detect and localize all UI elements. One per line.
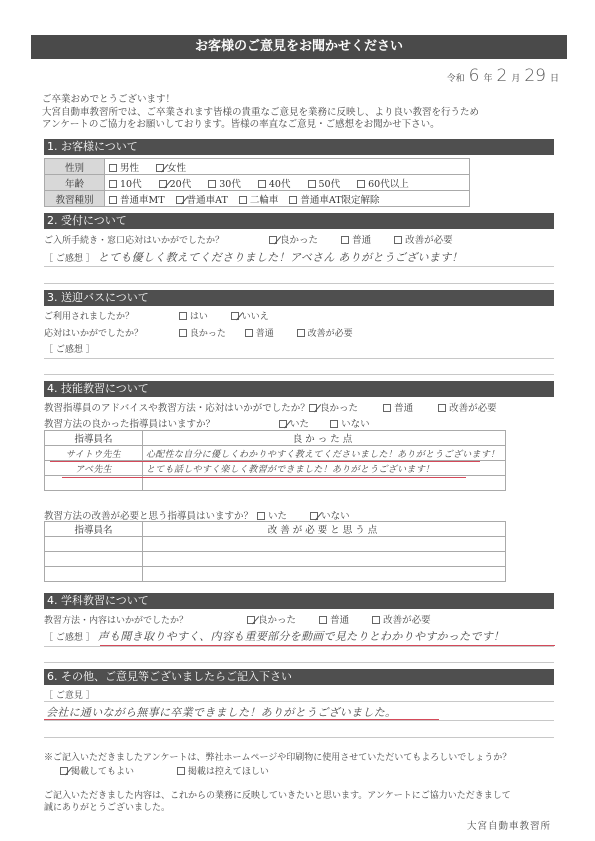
improve-points-cell[interactable] bbox=[143, 537, 506, 552]
red-underline bbox=[62, 477, 466, 478]
gender-female-option[interactable]: 女性 bbox=[156, 163, 186, 174]
option-label: 掲載してもよい bbox=[71, 767, 134, 777]
checkbox-icon[interactable] bbox=[109, 164, 117, 172]
lecture-comment-label: ［ ご感想 ］ bbox=[44, 633, 95, 643]
checkbox-icon[interactable] bbox=[372, 616, 380, 624]
intro-text: ご卒業おめでとうございます！ 大宮自動車教習所では、ご卒業されます皆様の貴重なご… bbox=[42, 94, 479, 132]
option-label: 良かった bbox=[190, 329, 226, 339]
checkbox-icon[interactable] bbox=[394, 236, 402, 244]
survey-date: 令和 6 年 2 月 29 日 bbox=[447, 66, 559, 86]
checkbox-checked-icon[interactable] bbox=[269, 236, 277, 244]
reception-average-option[interactable]: 普通 bbox=[341, 235, 371, 246]
age-40s-option[interactable]: 40代 bbox=[258, 179, 291, 190]
checkbox-icon[interactable] bbox=[438, 404, 446, 412]
option-label: 良かった bbox=[280, 235, 318, 246]
intro-line: アンケートのご協力をお願いしております。皆様の率直なご意見・ご感想をお聞かせ下さ… bbox=[42, 119, 479, 132]
course-mt-option[interactable]: 普通車MT bbox=[109, 195, 165, 206]
date-day[interactable]: 29 bbox=[524, 66, 546, 86]
gender-label: 性別 bbox=[45, 159, 105, 175]
checkbox-icon[interactable] bbox=[245, 329, 253, 337]
checkbox-icon[interactable] bbox=[383, 404, 391, 412]
lecture-average-option[interactable]: 普通 bbox=[319, 615, 349, 626]
bus-service-good-option[interactable]: 良かった bbox=[179, 329, 226, 339]
comment-line bbox=[44, 283, 554, 284]
publish-decline-option[interactable]: 掲載は控えてほしい bbox=[177, 767, 269, 777]
reception-comment-area[interactable]: ［ ご感想 ］ とても優しく教えてくださりました！アベさん ありがとうございます… bbox=[44, 249, 463, 265]
school-signature: 大宮自動車教習所 bbox=[467, 818, 551, 832]
course-type-row: 教習種別 普通車MT 普通車AT 二輪車 普通車AT限定解除 bbox=[45, 191, 470, 207]
age-label: 年齢 bbox=[45, 175, 105, 191]
good-points-cell[interactable]: 心配性な自分に優しくわかりやすく教えてくださいました！ありがとうございます！ bbox=[143, 446, 506, 461]
checkbox-icon[interactable] bbox=[319, 616, 327, 624]
advice-good-option[interactable]: 良かった bbox=[309, 403, 358, 414]
checkbox-checked-icon[interactable] bbox=[231, 312, 239, 320]
intro-line: ご卒業おめでとうございます！ bbox=[42, 94, 479, 107]
checkbox-icon[interactable] bbox=[109, 180, 117, 188]
option-label: 40代 bbox=[269, 179, 291, 190]
bus-use-question: ご利用されましたか？ bbox=[44, 309, 176, 322]
checkbox-icon[interactable] bbox=[258, 180, 266, 188]
option-label: いた bbox=[290, 419, 309, 430]
survey-title: お客様のご意見をお聞かせください bbox=[31, 35, 567, 59]
checkbox-icon[interactable] bbox=[297, 329, 305, 337]
improve-instructor-question: 教習方法の改善が必要と思う指導員はいますか？ bbox=[44, 508, 254, 522]
comment-line bbox=[44, 701, 554, 702]
option-label: 60代以上 bbox=[368, 179, 409, 190]
option-label: 普通 bbox=[256, 329, 274, 339]
reception-needs-improvement-option[interactable]: 改善が必要 bbox=[394, 235, 453, 246]
customer-info-table: 性別 男性 女性 年齢 10代 20代 30代 40代 50代 60代以上 教習… bbox=[44, 158, 470, 207]
bus-service-needs-improvement-option[interactable]: 改善が必要 bbox=[297, 329, 353, 339]
option-label: 改善が必要 bbox=[383, 615, 431, 626]
age-50s-option[interactable]: 50代 bbox=[308, 179, 341, 190]
checkbox-checked-icon[interactable] bbox=[309, 404, 317, 412]
bus-comment-label: ［ ご感想 ］ bbox=[44, 345, 95, 355]
checkbox-icon[interactable] bbox=[239, 196, 247, 204]
other-comment-label: ［ ご意見 ］ bbox=[44, 691, 95, 701]
age-30s-option[interactable]: 30代 bbox=[208, 179, 241, 190]
table-row: サイトウ先生 心配性な自分に優しくわかりやすく教えてくださいました！ありがとうご… bbox=[45, 446, 506, 461]
option-label: 10代 bbox=[120, 179, 142, 190]
improve-points-cell[interactable] bbox=[143, 567, 506, 582]
course-at-option[interactable]: 普通車AT bbox=[176, 195, 228, 206]
option-label: 二輪車 bbox=[250, 195, 279, 206]
instructor-name-header: 指導員名 bbox=[45, 522, 143, 537]
bus-service-row: 応対はいかがでしたか？ 良かった 普通 改善が必要 bbox=[44, 326, 367, 339]
comment-line bbox=[44, 662, 554, 663]
improve-points-header: 改善が必要と思う点 bbox=[143, 522, 506, 537]
course-motorcycle-option[interactable]: 二輪車 bbox=[239, 195, 279, 206]
checkbox-checked-icon[interactable] bbox=[156, 164, 164, 172]
option-label: 普通車MT bbox=[120, 195, 165, 206]
publish-ok-option[interactable]: 掲載してもよい bbox=[60, 767, 134, 777]
checkbox-icon[interactable] bbox=[289, 196, 297, 204]
checkbox-checked-icon[interactable] bbox=[176, 196, 184, 204]
message-line: ご記入いただきました内容は、これからの業務に反映していきたいと思います。アンケー… bbox=[44, 790, 511, 802]
lecture-question: 教習方法・内容はいかがでしたか？ bbox=[44, 613, 244, 626]
bus-use-yes-option[interactable]: はい bbox=[179, 312, 208, 322]
option-label: 50代 bbox=[319, 179, 341, 190]
option-label: はい bbox=[190, 312, 208, 322]
lecture-comment-area[interactable]: ［ ご感想 ］ 声も聞き取りやすく、内容も重要部分を動画で見たりとわかりやすかっ… bbox=[44, 628, 504, 644]
comment-line bbox=[44, 737, 554, 738]
checkbox-icon[interactable] bbox=[341, 236, 349, 244]
option-label: いいえ bbox=[242, 312, 269, 322]
table-row bbox=[45, 537, 506, 552]
instructor-name-cell[interactable] bbox=[45, 567, 143, 582]
other-comment-label-area: ［ ご意見 ］ bbox=[44, 688, 95, 701]
good-points-cell[interactable]: とても話しやすく楽しく教習ができました！ありがとうございます！ bbox=[143, 461, 506, 476]
option-label: 掲載は控えてほしい bbox=[188, 767, 269, 777]
comment-line bbox=[44, 646, 554, 647]
checkbox-icon[interactable] bbox=[257, 512, 265, 520]
option-label: 普通 bbox=[394, 403, 413, 414]
option-label: 改善が必要 bbox=[308, 329, 353, 339]
option-label: 改善が必要 bbox=[405, 235, 453, 246]
comment-line bbox=[44, 266, 554, 267]
instructor-name-cell[interactable] bbox=[45, 537, 143, 552]
option-label: いない bbox=[341, 419, 370, 430]
checkbox-icon[interactable] bbox=[179, 312, 187, 320]
lecture-good-option[interactable]: 良かった bbox=[247, 615, 296, 626]
thank-you-message: ご記入いただきました内容は、これからの業務に反映していきたいと思います。アンケー… bbox=[44, 790, 511, 814]
comment-line bbox=[44, 720, 554, 721]
good-instructor-row: 教習方法の良かった指導員はいますか？ いた いない bbox=[44, 416, 384, 430]
message-line: 誠にありがとうございました。 bbox=[44, 802, 511, 814]
date-month-unit: 月 bbox=[511, 71, 520, 84]
table-row bbox=[45, 567, 506, 582]
advice-needs-improvement-option[interactable]: 改善が必要 bbox=[438, 403, 497, 414]
checkbox-icon[interactable] bbox=[179, 329, 187, 337]
red-underline bbox=[50, 461, 480, 462]
lecture-comment[interactable]: 声も聞き取りやすく、内容も重要部分を動画で見たりとわかりやすかったです！ bbox=[98, 630, 505, 643]
option-label: 女性 bbox=[167, 163, 186, 174]
instructor-name-cell[interactable]: アベ先生 bbox=[45, 461, 143, 476]
instructor-advice-question: 教習指導員のアドバイスや教習方法・応対はいかがでしたか？ bbox=[44, 400, 306, 414]
publish-consent-options: 掲載してもよい 掲載は控えてほしい bbox=[60, 764, 283, 777]
improve-instructor-row: 教習方法の改善が必要と思う指導員はいますか？ いた いない bbox=[44, 508, 364, 522]
age-60s-plus-option[interactable]: 60代以上 bbox=[357, 179, 409, 190]
date-day-unit: 日 bbox=[550, 71, 559, 84]
age-20s-option[interactable]: 20代 bbox=[159, 179, 192, 190]
course-at-limit-removal-option[interactable]: 普通車AT限定解除 bbox=[289, 195, 379, 206]
checkbox-icon[interactable] bbox=[177, 767, 185, 775]
bus-use-no-option[interactable]: いいえ bbox=[231, 312, 269, 322]
age-10s-option[interactable]: 10代 bbox=[109, 179, 142, 190]
instructor-name-cell[interactable] bbox=[45, 552, 143, 567]
reception-question: ご入所手続き・窓口応対はいかがでしたか？ bbox=[44, 233, 266, 246]
other-comment-area[interactable]: 会社に通いながら無事に卒業できました！ありがとうございました。 bbox=[46, 704, 396, 720]
checkbox-checked-icon[interactable] bbox=[279, 420, 287, 428]
bus-comment-area[interactable]: ［ ご感想 ］ bbox=[44, 342, 95, 355]
course-type-label: 教習種別 bbox=[45, 191, 105, 207]
advice-average-option[interactable]: 普通 bbox=[383, 403, 413, 414]
other-comment[interactable]: 会社に通いながら無事に卒業できました！ありがとうございました。 bbox=[46, 706, 396, 719]
gender-row: 性別 男性 女性 bbox=[45, 159, 470, 175]
reception-good-option[interactable]: 良かった bbox=[269, 235, 318, 246]
option-label: 普通車AT bbox=[187, 195, 228, 206]
checkbox-icon[interactable] bbox=[109, 196, 117, 204]
section-6-heading: 6. その他、ご意見等ございましたらご記入下さい bbox=[44, 669, 554, 685]
instructor-name-cell[interactable]: サイトウ先生 bbox=[45, 446, 143, 461]
bus-use-row: ご利用されましたか？ はい いいえ bbox=[44, 309, 283, 322]
option-label: 普通車AT限定解除 bbox=[300, 195, 379, 206]
section-2-heading: 2. 受付について bbox=[44, 213, 554, 229]
date-year[interactable]: 6 bbox=[469, 66, 480, 86]
date-month[interactable]: 2 bbox=[497, 66, 508, 86]
option-label: 20代 bbox=[170, 179, 192, 190]
checkbox-icon[interactable] bbox=[330, 420, 338, 428]
lecture-question-row: 教習方法・内容はいかがでしたか？ 良かった 普通 改善が必要 bbox=[44, 612, 445, 626]
option-label: 普通 bbox=[330, 615, 349, 626]
checkbox-icon[interactable] bbox=[357, 180, 365, 188]
age-row: 年齢 10代 20代 30代 40代 50代 60代以上 bbox=[45, 175, 470, 191]
table-row bbox=[45, 552, 506, 567]
checkbox-icon[interactable] bbox=[208, 180, 216, 188]
date-year-unit: 年 bbox=[483, 71, 492, 84]
good-instructor-question: 教習方法の良かった指導員はいますか？ bbox=[44, 416, 276, 430]
bus-service-average-option[interactable]: 普通 bbox=[245, 329, 274, 339]
reception-comment[interactable]: とても優しく教えてくださりました！アベさん ありがとうございます！ bbox=[98, 251, 463, 264]
section-3-heading: 3. 送迎バスについて bbox=[44, 290, 554, 306]
good-instructor-no-option[interactable]: いない bbox=[330, 419, 370, 430]
improve-instructor-table: 指導員名 改善が必要と思う点 bbox=[44, 521, 506, 582]
instructor-name-header: 指導員名 bbox=[45, 431, 143, 446]
reception-comment-label: ［ ご感想 ］ bbox=[44, 254, 95, 264]
checkbox-checked-icon[interactable] bbox=[310, 512, 318, 520]
section-4-heading: 4. 技能教習について bbox=[44, 381, 554, 397]
checkbox-checked-icon[interactable] bbox=[247, 616, 255, 624]
checkbox-icon[interactable] bbox=[308, 180, 316, 188]
bus-service-question: 応対はいかがでしたか？ bbox=[44, 326, 176, 339]
instructor-advice-row: 教習指導員のアドバイスや教習方法・応対はいかがでしたか？ 良かった 普通 改善が… bbox=[44, 400, 511, 414]
improve-points-cell[interactable] bbox=[143, 552, 506, 567]
option-label: 30代 bbox=[219, 179, 241, 190]
section-5-heading: 4. 学科教習について bbox=[44, 593, 554, 609]
publish-consent-question: ※ご記入いただきましたアンケートは、弊社ホームページや印刷物に使用させていただい… bbox=[44, 750, 511, 763]
option-label: 良かった bbox=[320, 403, 358, 414]
table-header-row: 指導員名 良かった点 bbox=[45, 431, 506, 446]
option-label: 男性 bbox=[120, 163, 139, 174]
section-1-heading: 1. お客様について bbox=[44, 139, 554, 155]
table-header-row: 指導員名 改善が必要と思う点 bbox=[45, 522, 506, 537]
reception-question-row: ご入所手続き・窓口応対はいかがでしたか？ 良かった 普通 改善が必要 bbox=[44, 232, 467, 246]
date-era: 令和 bbox=[447, 71, 465, 84]
comment-line bbox=[44, 374, 554, 375]
checkbox-checked-icon[interactable] bbox=[159, 180, 167, 188]
option-label: 良かった bbox=[258, 615, 296, 626]
good-points-header: 良かった点 bbox=[143, 431, 506, 446]
table-row: アベ先生 とても話しやすく楽しく教習ができました！ありがとうございます！ bbox=[45, 461, 506, 476]
option-label: 普通 bbox=[352, 235, 371, 246]
checkbox-checked-icon[interactable] bbox=[60, 767, 68, 775]
lecture-needs-improvement-option[interactable]: 改善が必要 bbox=[372, 615, 431, 626]
option-label: 改善が必要 bbox=[449, 403, 497, 414]
intro-line: 大宮自動車教習所では、ご卒業されます皆様の貴重なご意見を業務に反映し、より良い教… bbox=[42, 107, 479, 120]
good-instructor-yes-option[interactable]: いた bbox=[279, 419, 309, 430]
gender-male-option[interactable]: 男性 bbox=[109, 163, 139, 174]
comment-line bbox=[44, 358, 554, 359]
